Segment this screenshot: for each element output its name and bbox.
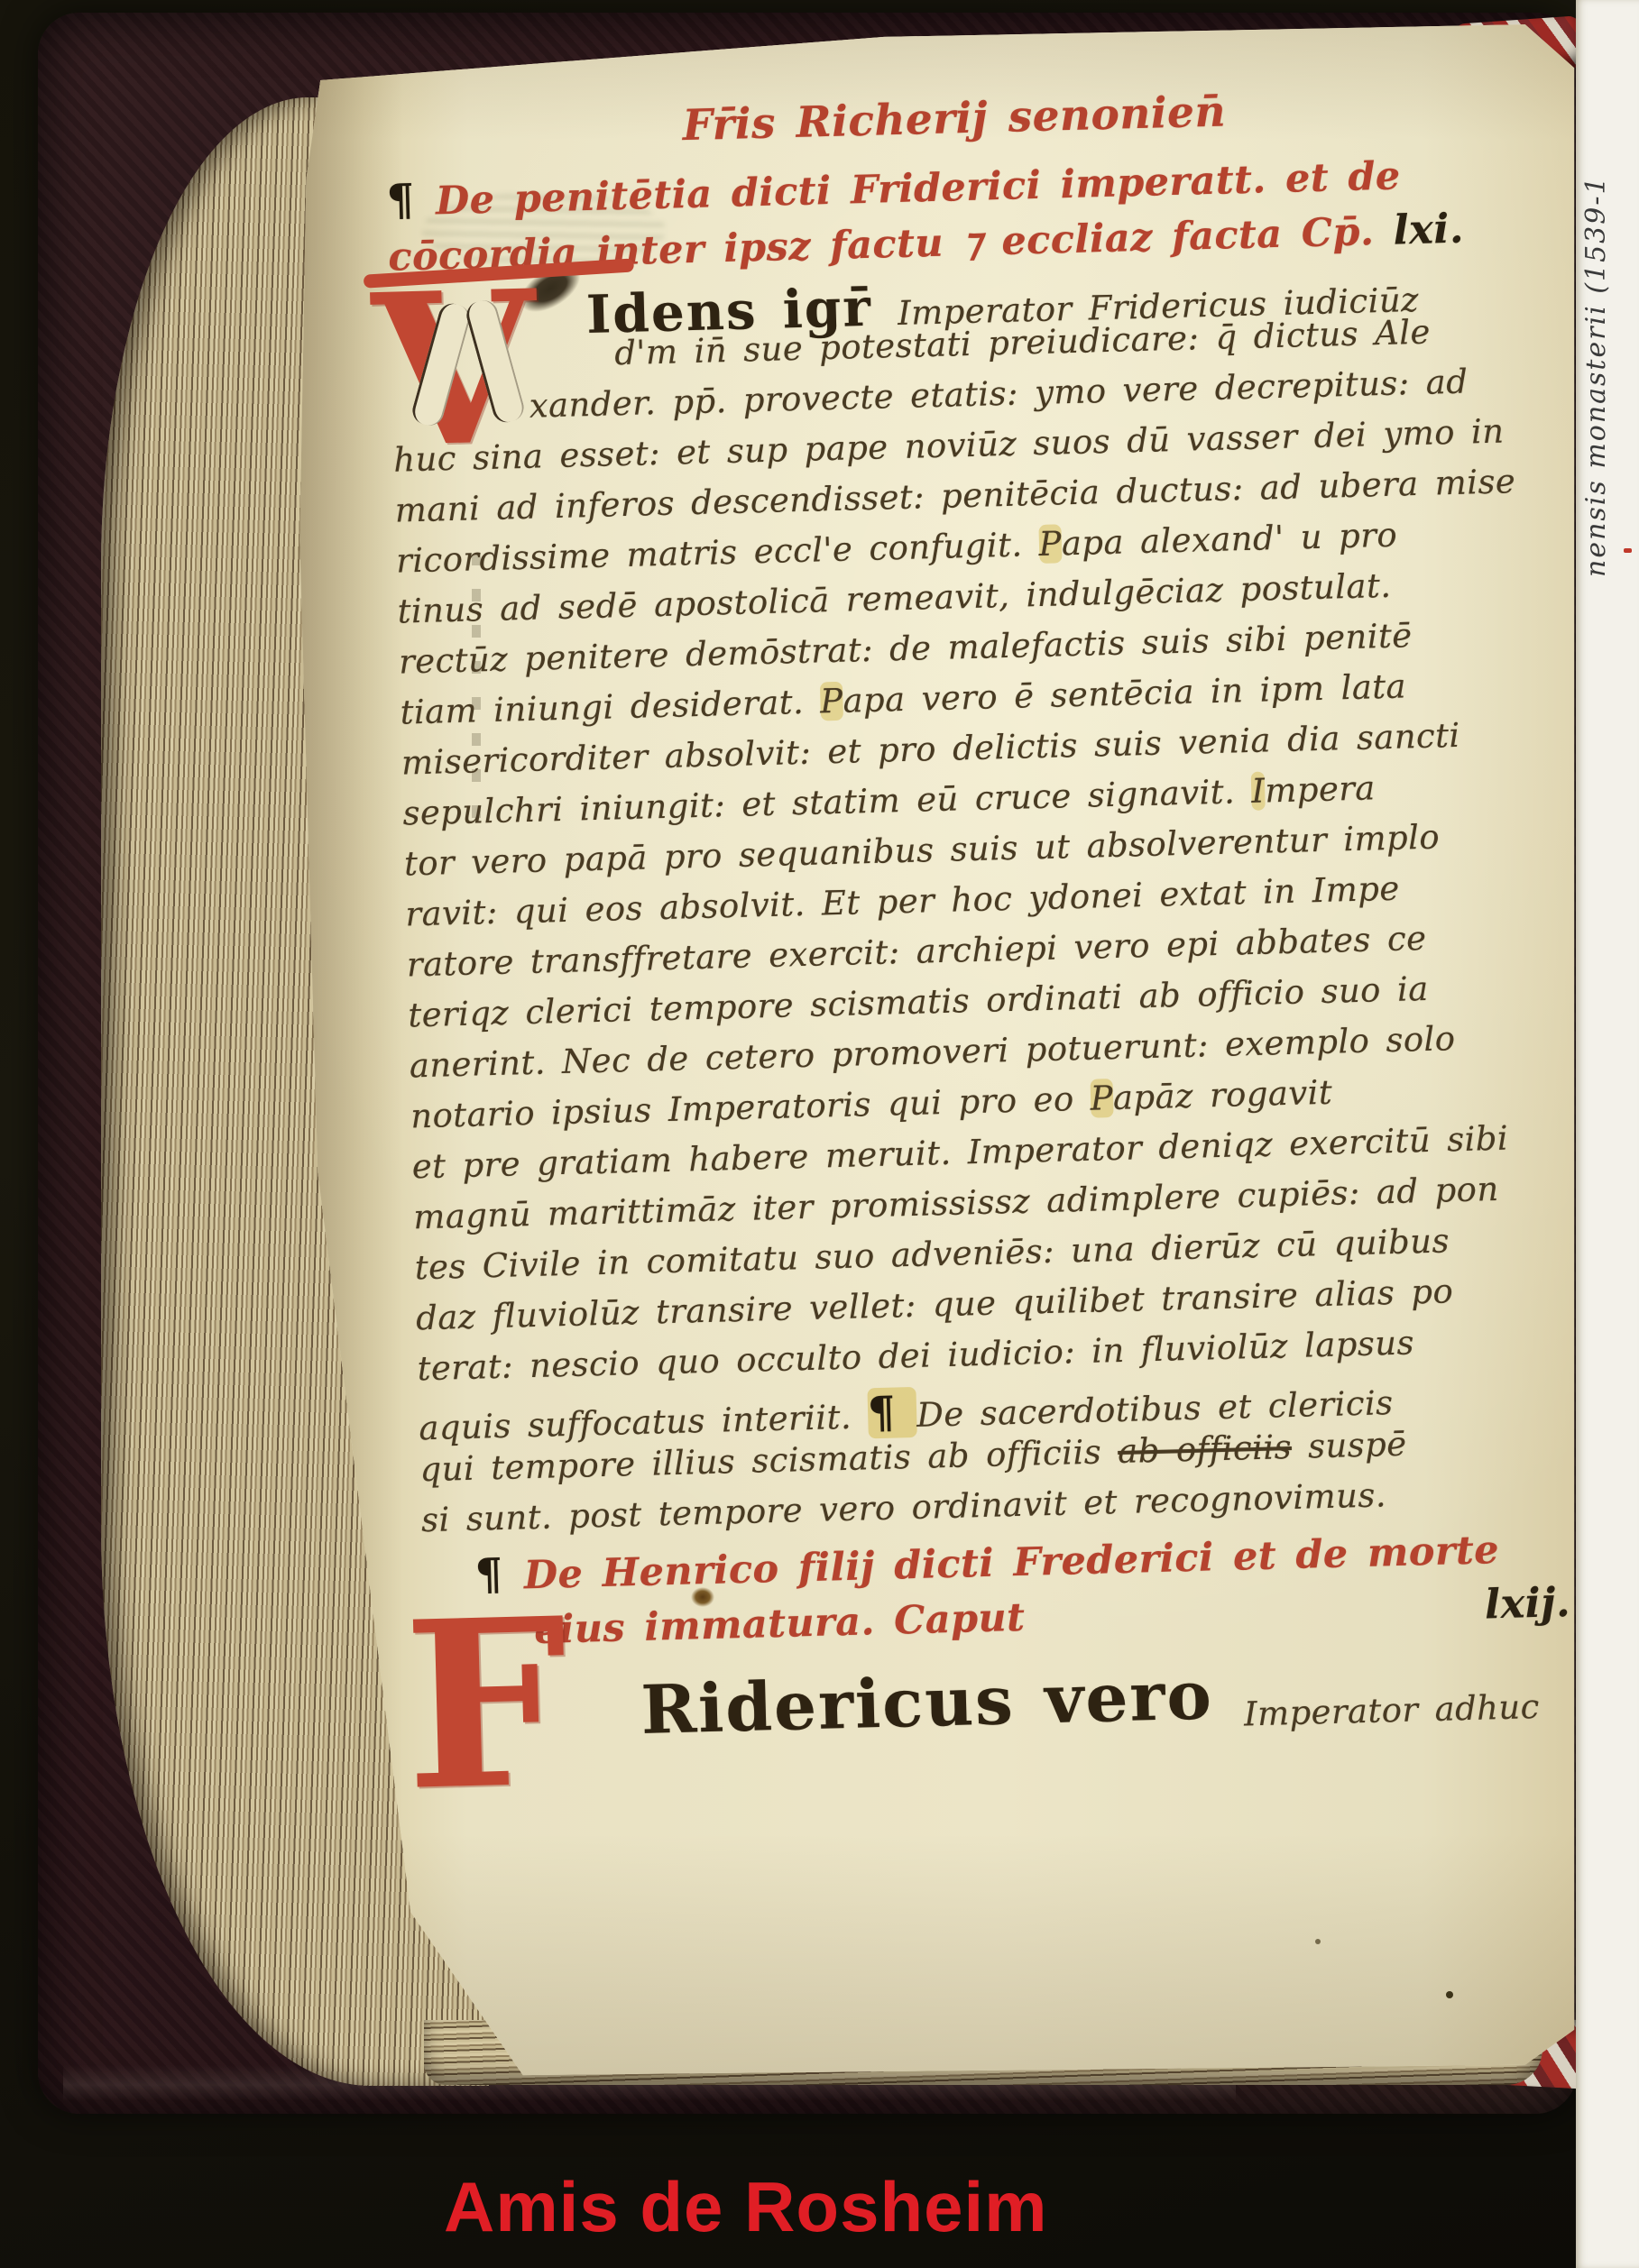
ink-speck [1446,1991,1453,1998]
text-run: P [1038,524,1062,564]
text-run: ab officiis [1118,1428,1293,1471]
text-run: lxij. [1484,1578,1570,1628]
caption-amis-de-rosheim: Amis de Rosheim [444,2166,1048,2248]
manuscript-page: V F Fr̄is Richerij senonien̄¶ De penitēt… [287,16,1577,2081]
red-edge-mark [1624,548,1632,553]
illuminated-initial-f: F [401,1600,570,1812]
text-run: Imperator adhuc [1243,1687,1540,1734]
text-run: mpera [1265,768,1377,810]
text-run: ¶ [386,174,437,225]
illuminated-initial-v: V [371,275,538,464]
text-run: suspē [1291,1425,1407,1466]
text-run: apāz rogavit [1112,1073,1332,1117]
text-run: I [1251,772,1266,811]
text-run: eius immatura. Caput [534,1595,1026,1653]
photo-of-manuscript-book: V F Fr̄is Richerij senonien̄¶ De penitēt… [0,0,1639,2268]
initial-letter: F [401,1568,572,1842]
text-run: P [1090,1079,1113,1118]
text-run: ¶ [867,1387,917,1438]
rotated-edge-caption: nensis monasterii (1539-1 [1580,0,1612,577]
text-run: P [820,682,843,721]
text-run: lxi. [1393,205,1465,254]
text-run: Ridericus vero [640,1657,1245,1749]
ink-speck [1315,1939,1321,1944]
text-run: apa alexand' u pro [1061,516,1397,564]
text-block: V F Fr̄is Richerij senonien̄¶ De penitēt… [384,78,1604,1756]
